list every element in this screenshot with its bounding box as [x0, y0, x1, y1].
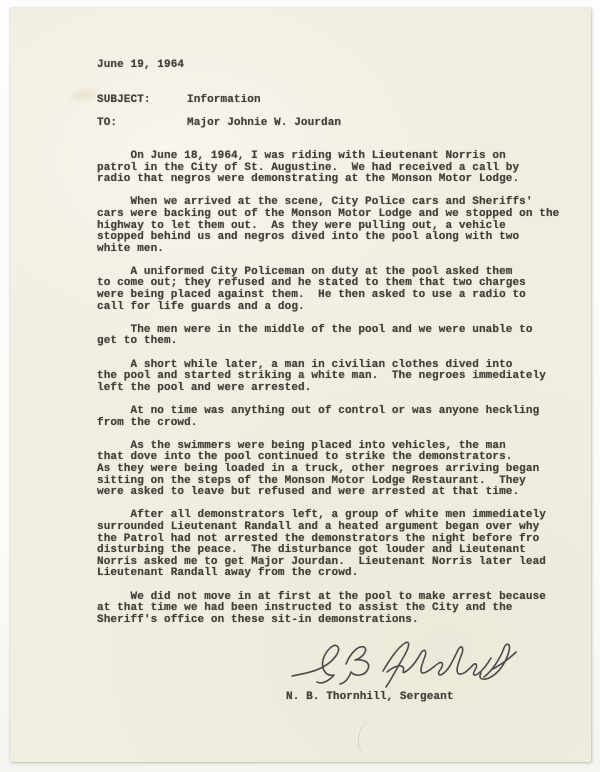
- memo-content: June 19, 1964 SUBJECT: Information TO: M…: [10, 8, 591, 762]
- memo-paragraph: After all demonstrators left, a group of…: [97, 510, 567, 580]
- signer-name: N. B. Thornhill, Sergeant: [286, 692, 567, 704]
- subject-label: SUBJECT:: [97, 95, 187, 107]
- to-value: Major Johnie W. Jourdan: [187, 118, 341, 130]
- memo-paragraph: On June 18, 1964, I was riding with Lieu…: [97, 151, 567, 186]
- subject-row: SUBJECT: Information: [97, 95, 567, 107]
- memo-paragraph: At no time was anything out of control o…: [97, 406, 567, 429]
- memo-date: June 19, 1964: [97, 60, 567, 72]
- to-label: TO:: [97, 118, 187, 130]
- memo-paragraph: The men were in the middle of the pool a…: [97, 325, 567, 348]
- memo-page: June 19, 1964 SUBJECT: Information TO: M…: [10, 8, 591, 762]
- memo-body: On June 18, 1964, I was riding with Lieu…: [97, 151, 567, 626]
- memo-paragraph: A short while later, a man in civilian c…: [97, 360, 567, 395]
- scan-background: June 19, 1964 SUBJECT: Information TO: M…: [0, 0, 600, 772]
- memo-paragraph: A uniformed City Policeman on duty at th…: [97, 267, 567, 313]
- signature-block: N. B. Thornhill, Sergeant: [97, 640, 567, 704]
- subject-value: Information: [187, 95, 261, 107]
- to-row: TO: Major Johnie W. Jourdan: [97, 118, 567, 130]
- signature-handwritten-icon: [290, 640, 518, 690]
- memo-paragraph: We did not move in at first at the pool …: [97, 592, 567, 627]
- memo-paragraph: As the swimmers were being placed into v…: [97, 441, 567, 499]
- memo-paragraph: When we arrived at the scene, City Polic…: [97, 197, 567, 255]
